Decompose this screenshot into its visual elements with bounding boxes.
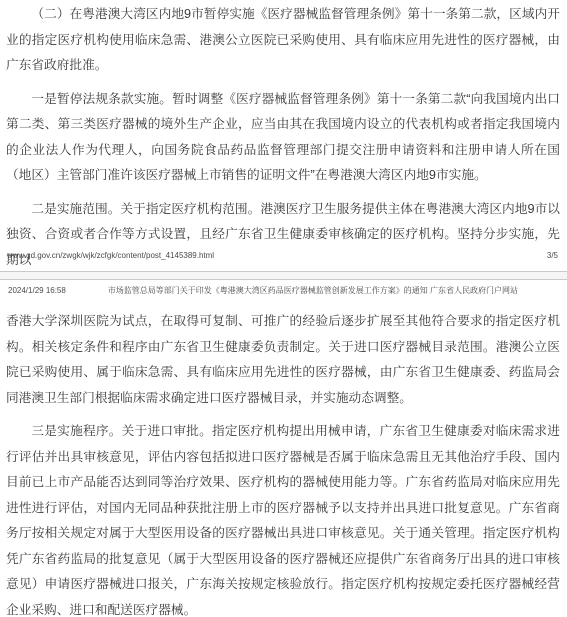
print-datetime: 2024/1/29 16:58 [6, 286, 66, 295]
page-number: 3/5 [547, 251, 558, 260]
source-url: www.gd.gov.cn/zwgk/wjk/zcfgk/content/pos… [7, 251, 214, 260]
pdf-page-3: （二）在粤港澳大湾区内地9市暂停实施《医疗器械监督管理条例》第十一条第二款，区域… [0, 0, 567, 271]
document-title: 市场监管总局等部门关于印发《粤港澳大湾区药品医疗器械监管创新发展工作方案》的通知… [66, 285, 560, 296]
pdf-page-4: 2024/1/29 16:58 市场监管总局等部门关于印发《粤港澳大湾区药品医疗… [0, 280, 567, 617]
page-header: 2024/1/29 16:58 市场监管总局等部门关于印发《粤港澳大湾区药品医疗… [6, 285, 560, 297]
paragraph-point-2-scope-continued: 香港大学深圳医院为试点，在取得可复制、可推广的经验后逐步扩展至其他符合要求的指定… [6, 309, 560, 411]
page-footer: www.gd.gov.cn/zwgk/wjk/zcfgk/content/pos… [7, 251, 558, 260]
document-print-preview: （二）在粤港澳大湾区内地9市暂停实施《医疗器械监督管理条例》第十一条第二款，区域… [0, 0, 567, 617]
paragraph-point-1-suspend-regulation: 一是暂停法规条款实施。暂时调整《医疗器械监督管理条例》第十一条第二款“向我国境内… [6, 87, 560, 189]
page-break-divider [0, 271, 567, 280]
paragraph-point-3-procedure: 三是实施程序。关于进口审批。指定医疗机构提出用械申请，广东省卫生健康委对临床需求… [6, 419, 560, 617]
paragraph-section-2-intro: （二）在粤港澳大湾区内地9市暂停实施《医疗器械监督管理条例》第十一条第二款，区域… [6, 2, 560, 79]
